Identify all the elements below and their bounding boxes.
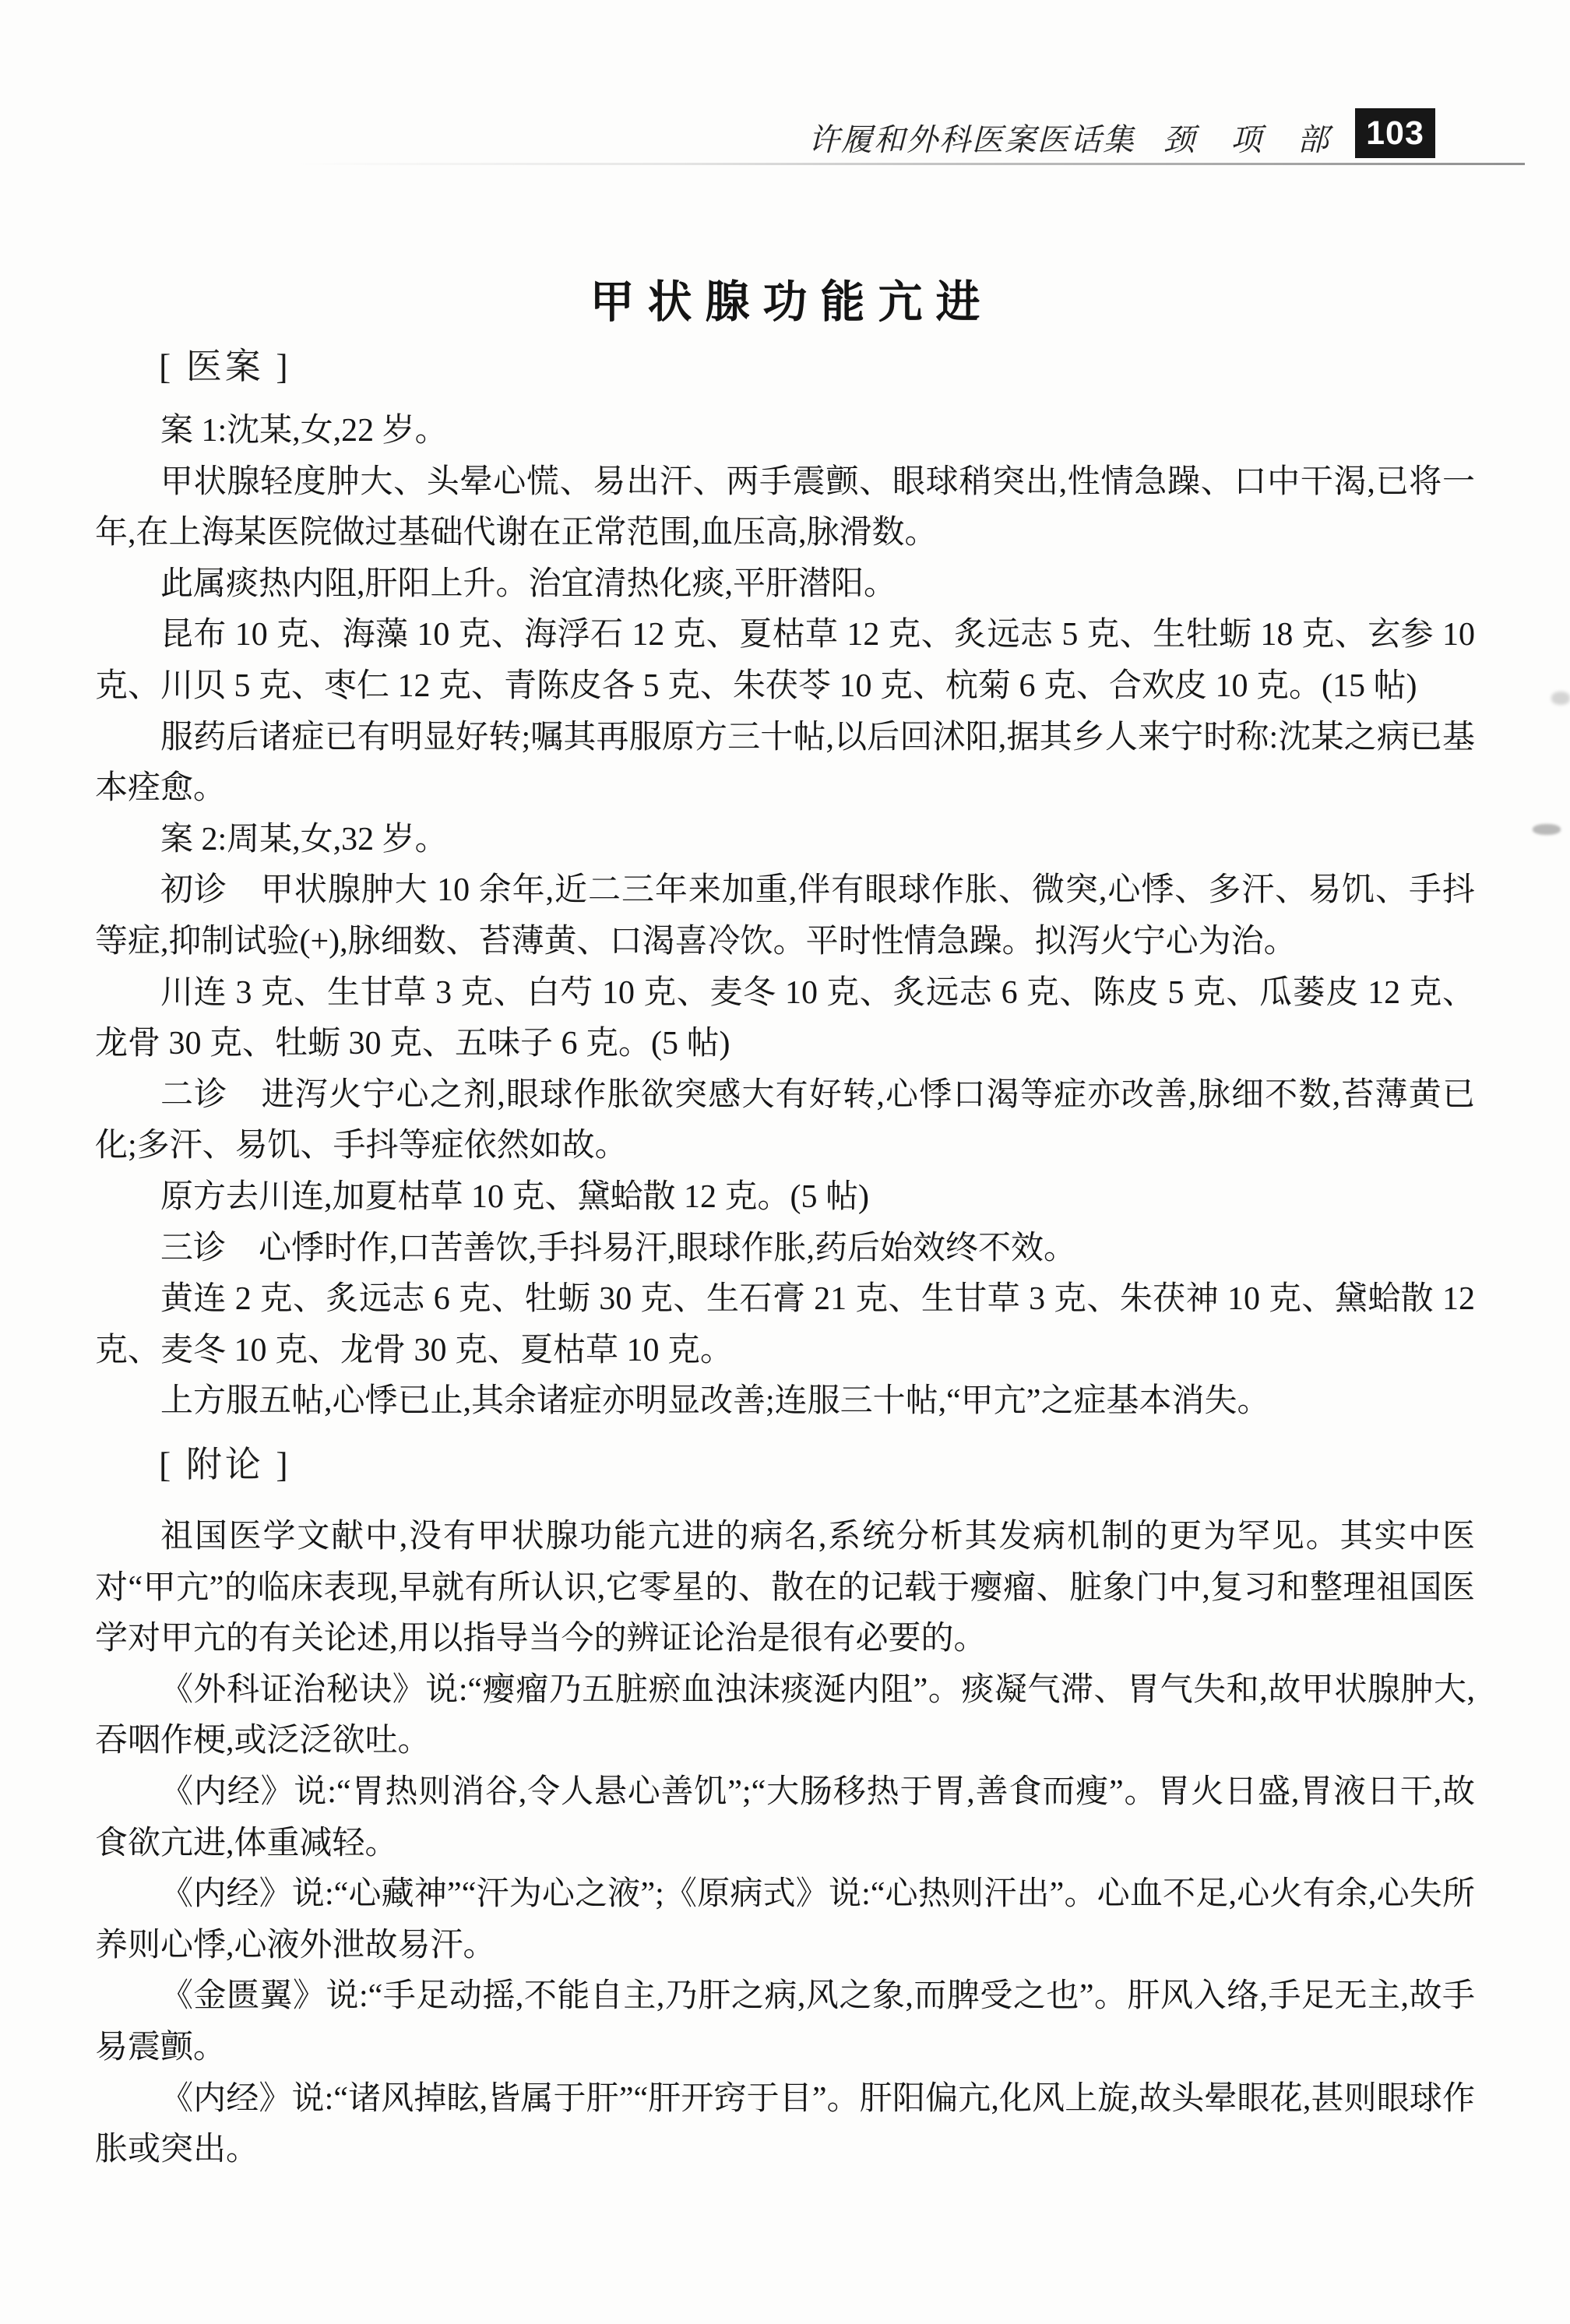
scan-smudge <box>1551 692 1570 705</box>
case-section-body: 案 1:沈某,女,22 岁。甲状腺轻度肿大、头晕心慌、易出汗、两手震颤、眼球稍突… <box>95 406 1475 1428</box>
paragraph: 《内经》说:“诸风掉眩,皆属于肝”“肝开窍于目”。肝阳偏亢,化风上旋,故头晕眼花… <box>95 2074 1475 2176</box>
paragraph: 初诊 甲状腺肿大 10 余年,近二三年来加重,伴有眼球作胀、微突,心悸、多汗、易… <box>95 865 1475 967</box>
paragraph: 《内经》说:“胃热则消谷,令人悬心善饥”;“大肠移热于胃,善食而瘦”。胃火日盛,… <box>95 1767 1475 1869</box>
paragraph: 二诊 进泻火宁心之剂,眼球作胀欲突感大有好转,心悸口渴等症亦改善,脉细不数,苔薄… <box>95 1070 1475 1172</box>
paragraph: 原方去川连,加夏枯草 10 克、黛蛤散 12 克。(5 帖) <box>95 1172 1475 1224</box>
page-number-badge: 103 <box>1355 108 1435 158</box>
paragraph: 案 1:沈某,女,22 岁。 <box>95 406 1475 457</box>
paragraph: 《金匮翼》说:“手足动摇,不能自主,乃肝之病,风之象,而脾受之也”。肝风入络,手… <box>95 1971 1475 2073</box>
paragraph: 案 2:周某,女,32 岁。 <box>95 815 1475 866</box>
paragraph: 川连 3 克、生甘草 3 克、白芍 10 克、麦冬 10 克、炙远志 6 克、陈… <box>95 968 1475 1070</box>
paragraph: 甲状腺轻度肿大、头晕心慌、易出汗、两手震颤、眼球稍突出,性情急躁、口中干渴,已将… <box>95 457 1475 559</box>
paragraph: 《内经》说:“心藏神”“汗为心之液”;《原病式》说:“心热则汗出”。心血不足,心… <box>95 1869 1475 1971</box>
paragraph: 昆布 10 克、海藻 10 克、海浮石 12 克、夏枯草 12 克、炙远志 5 … <box>95 610 1475 712</box>
paragraph: 此属痰热内阻,肝阳上升。治宜清热化痰,平肝潜阳。 <box>95 559 1475 611</box>
page-title: 甲状腺功能亢进 <box>0 266 1570 330</box>
scanned-page: 许履和外科医案医话集 颈项部 103 甲状腺功能亢进 [ 医案 ] 案 1:沈某… <box>0 0 1570 2324</box>
section-label-discussion: [ 附论 ] <box>159 1436 291 1488</box>
paragraph: 祖国医学文献中,没有甲状腺功能亢进的病名,系统分析其发病机制的更为罕见。其实中医… <box>95 1512 1475 1665</box>
paragraph: 三诊 心悸时作,口苦善饮,手抖易汗,眼球作胀,药后始效终不效。 <box>95 1224 1475 1275</box>
discussion-section-body: 祖国医学文献中,没有甲状腺功能亢进的病名,系统分析其发病机制的更为罕见。其实中医… <box>95 1512 1475 2176</box>
header-rule <box>297 163 1525 165</box>
scan-smudge <box>1533 824 1561 835</box>
running-head-book-title: 许履和外科医案医话集 <box>808 115 1135 160</box>
paragraph: 黄连 2 克、炙远志 6 克、牡蛎 30 克、生石膏 21 克、生甘草 3 克、… <box>95 1274 1475 1376</box>
paragraph: 服药后诸症已有明显好转;嘱其再服原方三十帖,以后回沭阳,据其乡人来宁时称:沈某之… <box>95 713 1475 815</box>
section-label-cases: [ 医案 ] <box>159 338 291 389</box>
running-head-section-title: 颈项部 <box>1163 115 1364 160</box>
paragraph: 《外科证治秘诀》说:“瘿瘤乃五脏瘀血浊沫痰涎内阻”。痰凝气滞、胃气失和,故甲状腺… <box>95 1665 1475 1767</box>
paragraph: 上方服五帖,心悸已止,其余诸症亦明显改善;连服三十帖,“甲亢”之症基本消失。 <box>95 1376 1475 1428</box>
